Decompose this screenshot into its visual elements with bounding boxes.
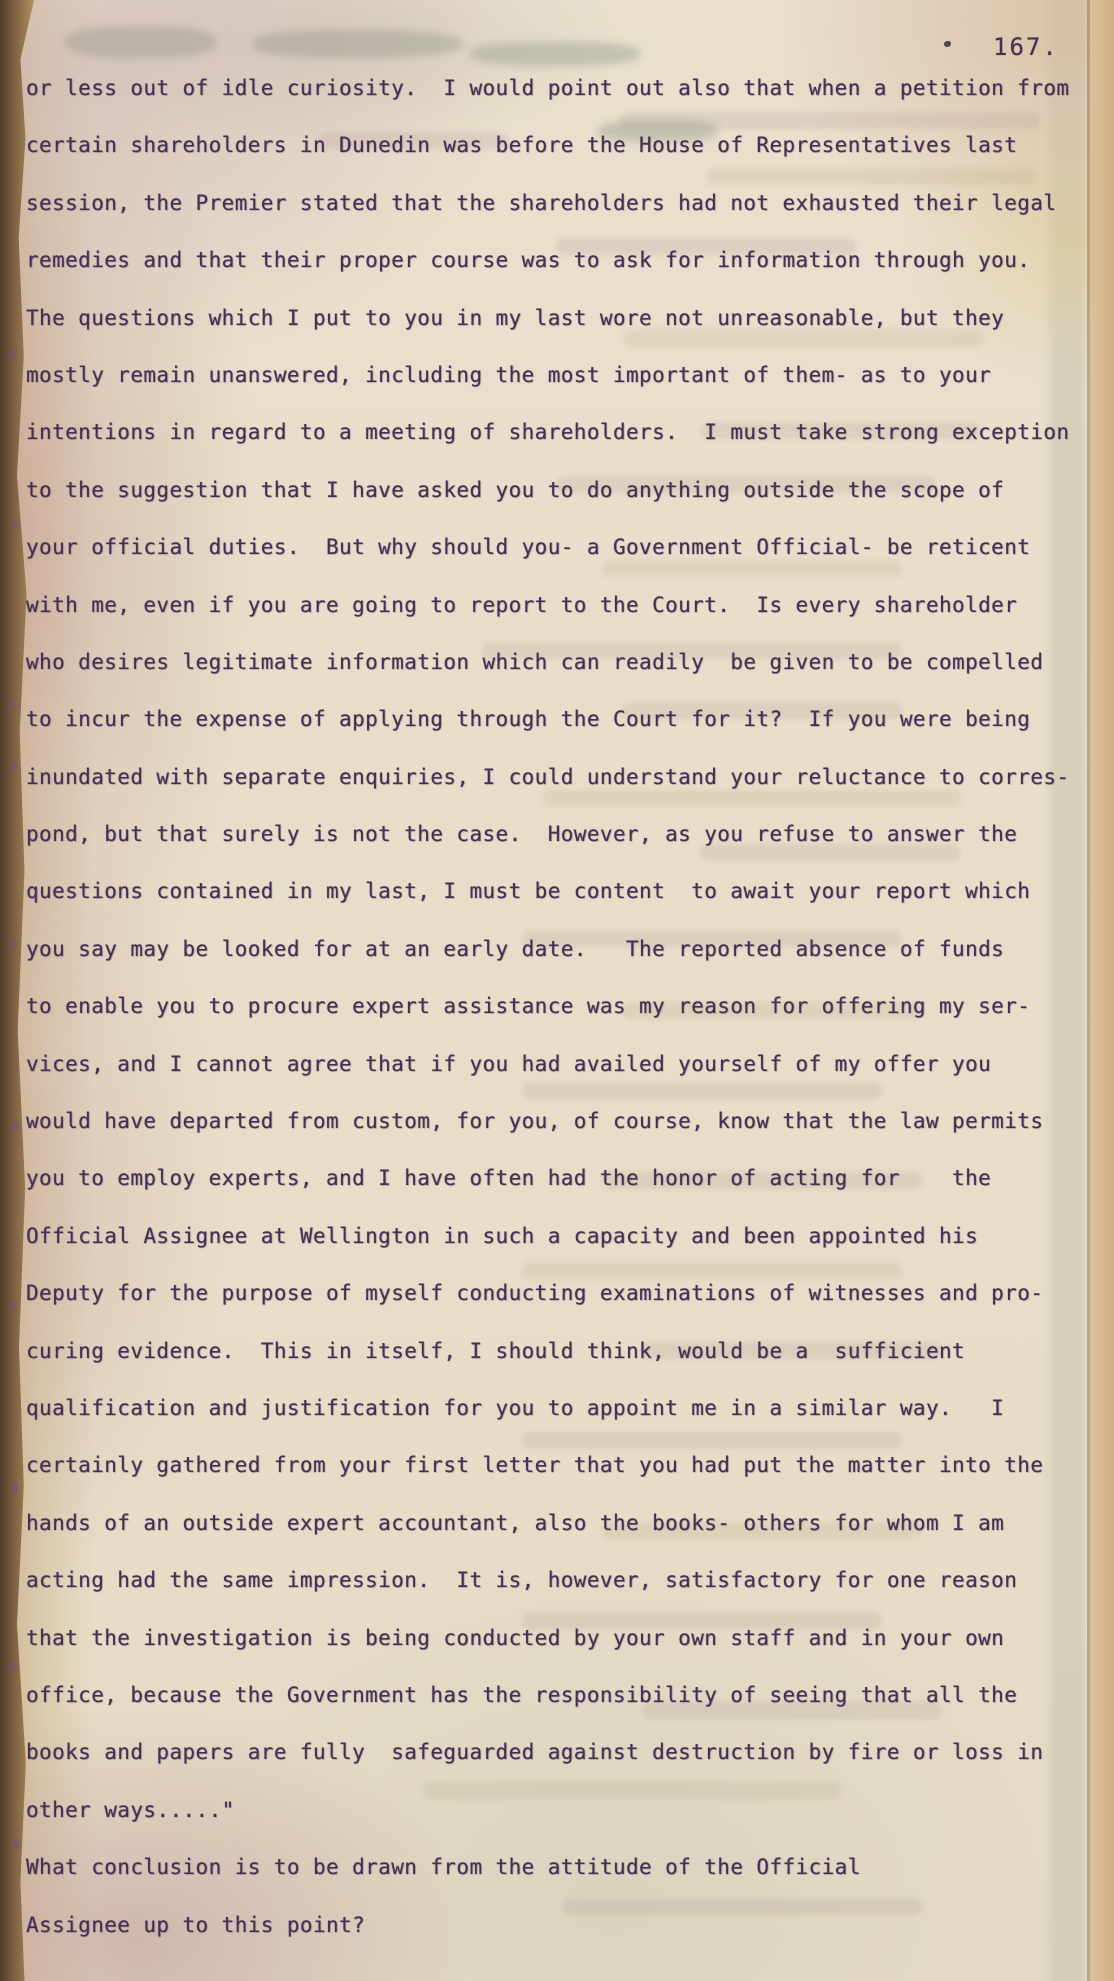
typed-line: to incur the expense of applying through… (26, 691, 1084, 748)
typed-line: you to employ experts, and I have often … (26, 1150, 1084, 1207)
typed-line: you say may be looked for at an early da… (26, 921, 1084, 978)
margin-ink-speck (11, 1484, 18, 1493)
typed-line: mostly remain unanswered, including the … (26, 347, 1084, 404)
typed-line: acting had the same impression. It is, h… (26, 1552, 1084, 1609)
margin-ink-speck (12, 520, 19, 529)
typed-line: What conclusion is to be drawn from the … (26, 1839, 1084, 1896)
margin-ink-speck (8, 350, 15, 359)
typed-line: your official duties. But why should you… (26, 519, 1084, 576)
typed-line: certainly gathered from your first lette… (26, 1437, 1084, 1494)
margin-ink-speck (9, 940, 16, 949)
typed-line: session, the Premier stated that the sha… (26, 175, 1084, 232)
typed-line: hands of an outside expert accountant, a… (26, 1495, 1084, 1552)
typed-line: with me, even if you are going to report… (26, 577, 1084, 634)
typed-line: inundated with separate enquiries, I cou… (26, 749, 1084, 806)
margin-ink-speck (10, 762, 17, 771)
typed-line: Deputy for the purpose of myself conduct… (26, 1265, 1084, 1322)
typed-line: Official Assignee at Wellington in such … (26, 1208, 1084, 1265)
typed-line: would have departed from custom, for you… (26, 1093, 1084, 1150)
margin-ink-speck (9, 1662, 16, 1671)
typed-line: Assignee up to this point? (26, 1897, 1084, 1954)
typed-line: office, because the Government has the r… (26, 1667, 1084, 1724)
letter-body: or less out of idle curiosity. I would p… (26, 60, 1084, 1954)
margin-ink-speck (13, 1840, 20, 1849)
typed-line: questions contained in my last, I must b… (26, 863, 1084, 920)
document-page: 167. or less out of idle curiosity. I wo… (0, 0, 1114, 1981)
stain-smudge (252, 30, 462, 58)
margin-ink-speck (7, 700, 14, 709)
typed-line: The questions which I put to you in my l… (26, 290, 1084, 347)
typed-line: books and papers are fully safeguarded a… (26, 1724, 1084, 1781)
adjacent-page-edge (1090, 0, 1114, 1981)
typed-line: other ways....." (26, 1782, 1084, 1839)
typed-line: remedies and that their proper course wa… (26, 232, 1084, 289)
typed-line: pond, but that surely is not the case. H… (26, 806, 1084, 863)
typed-line: to enable you to procure expert assistan… (26, 978, 1084, 1035)
margin-ink-speck (12, 1122, 19, 1131)
quoted-letter-text: or less out of idle curiosity. I would p… (26, 60, 1084, 1839)
page-number: 167. (993, 33, 1059, 61)
typed-line: curing evidence. This in itself, I shoul… (26, 1323, 1084, 1380)
ink-speck (944, 41, 951, 47)
typed-line: or less out of idle curiosity. I would p… (26, 60, 1084, 117)
typed-line: vices, and I cannot agree that if you ha… (26, 1036, 1084, 1093)
typed-line: qualification and justification for you … (26, 1380, 1084, 1437)
typed-line: certain shareholders in Dunedin was befo… (26, 117, 1084, 174)
closing-question-text: What conclusion is to be drawn from the … (26, 1839, 1084, 1954)
typed-line: intentions in regard to a meeting of sha… (26, 404, 1084, 461)
typed-line: who desires legitimate information which… (26, 634, 1084, 691)
margin-ink-speck (8, 1302, 15, 1311)
typed-line: that the investigation is being conducte… (26, 1610, 1084, 1667)
typed-line: to the suggestion that I have asked you … (26, 462, 1084, 519)
stain-smudge (66, 26, 216, 58)
